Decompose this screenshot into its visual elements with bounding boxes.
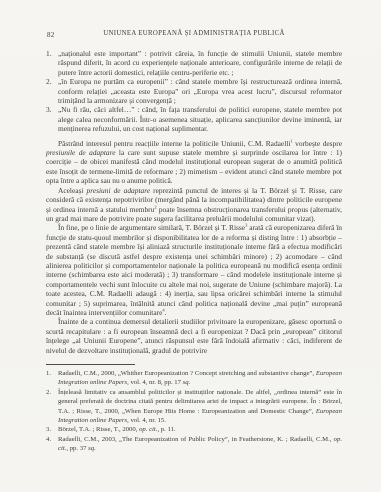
list-item-text: „Nu fi rău, căci altfel…” : când, în faț… xyxy=(58,105,342,133)
footnote-number: 4. xyxy=(46,435,58,454)
scanned-page: 82 UNIUNEA EUROPEANĂ ȘI ADMINISTRAȚIA PU… xyxy=(0,0,381,492)
footnote: 3. Börzel, T.A. ; Risse, T., 2000, op. c… xyxy=(46,425,342,434)
running-title: UNIUNEA EUROPEANĂ ȘI ADMINISTRAȚIA PUBLI… xyxy=(46,30,342,37)
list-item-text: „naționalul este important” : potrivit c… xyxy=(58,49,342,77)
footnote-number: 1. xyxy=(46,369,58,388)
list-item-text: „în Europa ne purtăm ca europenii” : cân… xyxy=(58,77,342,105)
footnote: 1. Radaelli, C.M., 2000, „Whither Europe… xyxy=(46,369,342,388)
footnote: 2. Înțeleasă limitativ ca ansamblul poli… xyxy=(46,388,342,426)
page-content: 82 UNIUNEA EUROPEANĂ ȘI ADMINISTRAȚIA PU… xyxy=(46,30,342,454)
body-text: Păstrând interesul pentru reacțiile inte… xyxy=(46,139,342,355)
page-number: 82 xyxy=(47,31,55,39)
footnotes: 1. Radaelli, C.M., 2000, „Whither Europe… xyxy=(46,369,342,454)
footnote-number: 2. xyxy=(46,388,58,426)
footnote-separator xyxy=(46,364,135,365)
footnote-text: Înțeleasă limitativ ca ansamblul politic… xyxy=(58,388,342,426)
footnote-text: Börzel, T.A. ; Risse, T., 2000, op. cit.… xyxy=(58,425,342,434)
body-paragraph: Păstrând interesul pentru reacțiile inte… xyxy=(46,139,342,186)
list-item: 1. „naționalul este important” : potrivi… xyxy=(46,49,342,77)
page-header: 82 UNIUNEA EUROPEANĂ ȘI ADMINISTRAȚIA PU… xyxy=(46,30,342,40)
footnote-text: Radaelli, C.M., 2003, „The Europeanizati… xyxy=(58,435,342,454)
list-item: 3. „Nu fi rău, căci altfel…” : când, în … xyxy=(46,105,342,133)
body-paragraph: Aceleași presiuni de adaptare reprezintă… xyxy=(46,186,342,224)
list-item-number: 2. xyxy=(46,77,58,105)
footnote-number: 3. xyxy=(46,425,58,434)
body-paragraph: Înainte de a continua demersul detalieri… xyxy=(46,317,342,355)
list-item-number: 1. xyxy=(46,49,58,77)
footnote: 4. Radaelli, C.M., 2003, „The Europeaniz… xyxy=(46,435,342,454)
list-item-number: 3. xyxy=(46,105,58,133)
numbered-list: 1. „naționalul este important” : potrivi… xyxy=(46,49,342,134)
body-paragraph: În fine, pe o linie de argumentare simil… xyxy=(46,223,342,317)
footnote-text: Radaelli, C.M., 2000, „Whither Europeani… xyxy=(58,369,342,388)
list-item: 2. „în Europa ne purtăm ca europenii” : … xyxy=(46,77,342,105)
